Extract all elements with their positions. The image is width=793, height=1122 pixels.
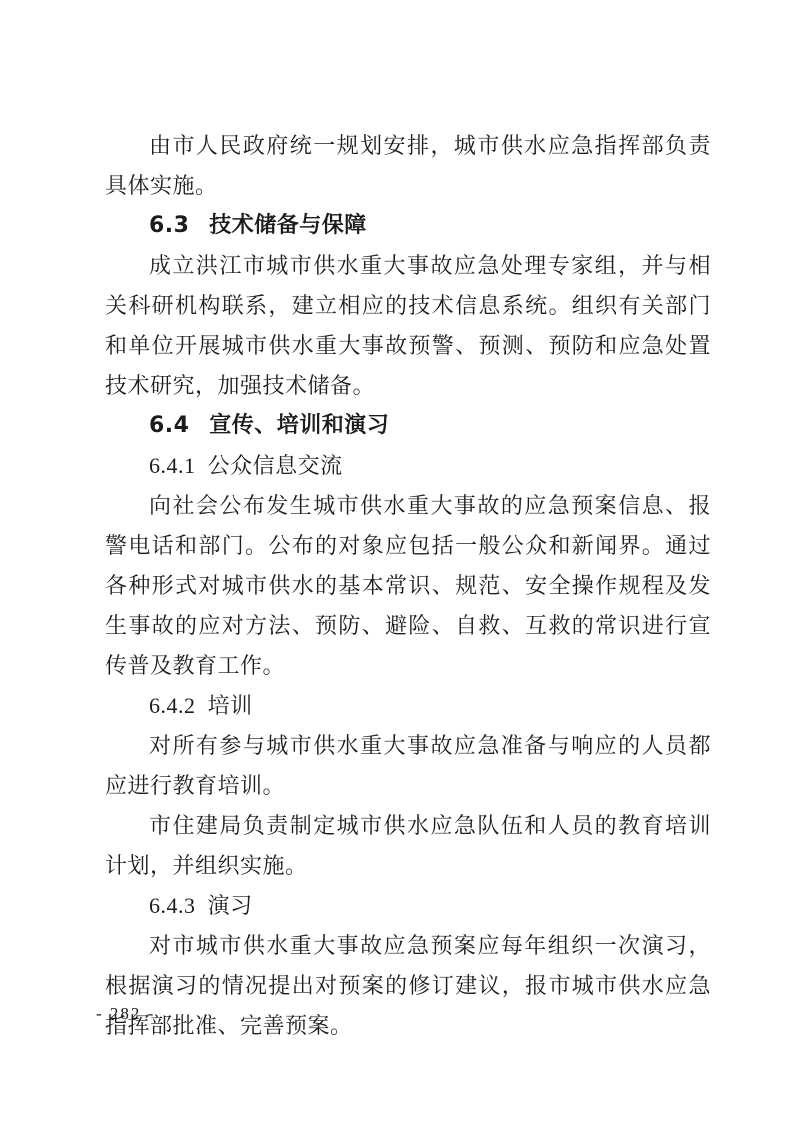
heading-title: 培训 <box>208 693 253 718</box>
document-page: 由市人民政府统一规划安排，城市供水应急指挥部负责具体实施。 6.3技术储备与保障… <box>0 0 793 1122</box>
heading-number: 6.4.2 <box>149 693 196 718</box>
paragraph: 对市城市供水重大事故应急预案应每年组织一次演习，根据演习的情况提出对预案的修订建… <box>105 926 711 1046</box>
heading-title: 演习 <box>208 893 253 918</box>
section-heading-6-4: 6.4宣传、培训和演习 <box>105 406 711 446</box>
heading-number: 6.4.1 <box>149 453 196 478</box>
section-heading-6-3: 6.3技术储备与保障 <box>105 206 711 246</box>
paragraph: 向社会公布发生城市供水重大事故的应急预案信息、报警电话和部门。公布的对象应包括一… <box>105 486 711 686</box>
heading-title: 公众信息交流 <box>208 453 343 478</box>
subsection-heading-6-4-2: 6.4.2培训 <box>105 686 711 726</box>
paragraph: 成立洪江市城市供水重大事故应急处理专家组，并与相关科研机构联系，建立相应的技术信… <box>105 246 711 406</box>
paragraph: 对所有参与城市供水重大事故应急准备与响应的人员都应进行教育培训。 <box>105 726 711 806</box>
subsection-heading-6-4-1: 6.4.1公众信息交流 <box>105 446 711 486</box>
subsection-heading-6-4-3: 6.4.3演习 <box>105 886 711 926</box>
heading-title: 宣传、培训和演习 <box>209 413 389 438</box>
heading-number: 6.4.3 <box>149 893 196 918</box>
paragraph: 由市人民政府统一规划安排，城市供水应急指挥部负责具体实施。 <box>105 126 711 206</box>
page-number: - 282 - <box>96 1004 155 1024</box>
document-body: 由市人民政府统一规划安排，城市供水应急指挥部负责具体实施。 6.3技术储备与保障… <box>105 126 711 1046</box>
heading-number: 6.3 <box>149 213 189 238</box>
heading-title: 技术储备与保障 <box>209 213 367 238</box>
heading-number: 6.4 <box>149 413 189 438</box>
paragraph: 市住建局负责制定城市供水应急队伍和人员的教育培训计划，并组织实施。 <box>105 806 711 886</box>
